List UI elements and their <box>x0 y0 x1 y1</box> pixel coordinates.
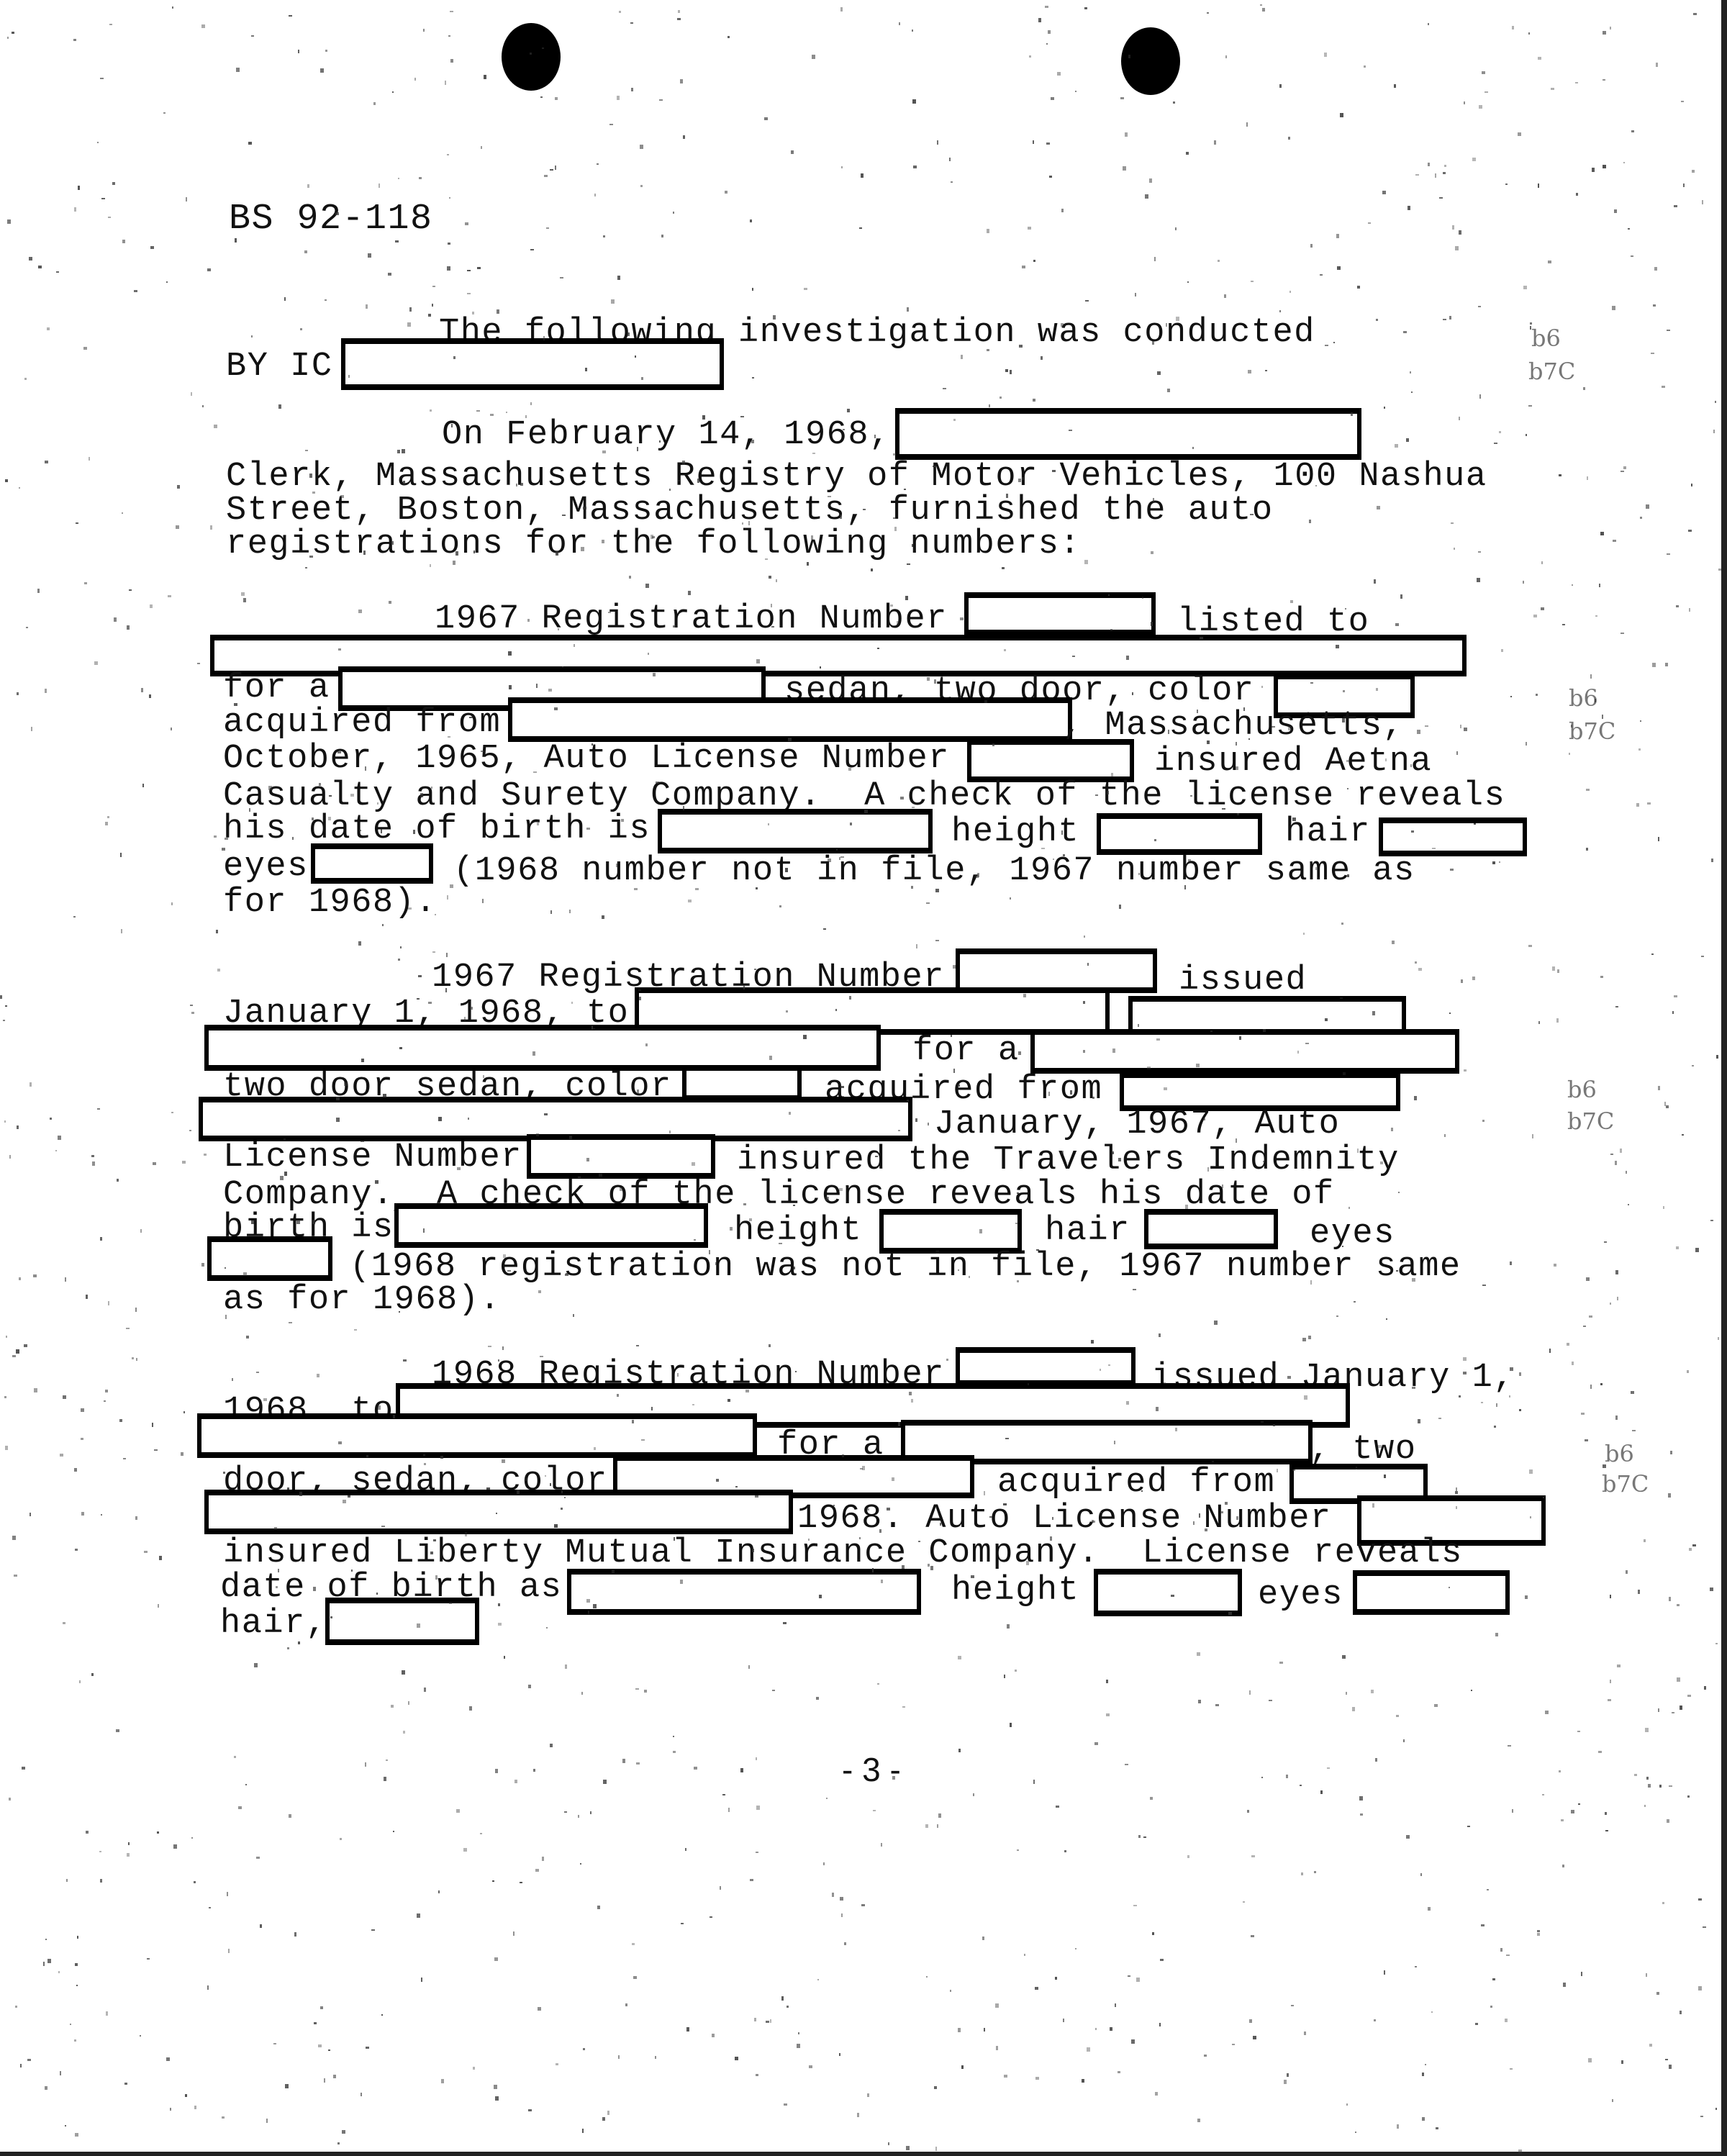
redaction-box <box>895 408 1361 460</box>
exemption-code-b6: b6 <box>1605 1439 1634 1468</box>
p1-line-5a: October, 1965, Auto License Number <box>223 741 950 777</box>
p3-line-4b: acquired from <box>997 1465 1275 1501</box>
exemption-code-b6: b6 <box>1569 684 1598 712</box>
p2-line-1b: issued <box>1179 963 1307 999</box>
redaction-box <box>1144 1209 1278 1249</box>
p1-line-7c: hair <box>1285 815 1371 851</box>
file-number: BS 92-118 <box>229 201 433 237</box>
p2-line-6a: License Number <box>223 1140 522 1176</box>
exemption-code-b7c: b7C <box>1602 1469 1649 1498</box>
redaction-box <box>394 1203 708 1248</box>
scan-edge-right <box>1721 0 1727 2156</box>
p1-line-5b: insured Aetna <box>1154 744 1432 780</box>
p2-line-6b: insured the Travelers Indemnity <box>737 1143 1400 1179</box>
p1-line-7a: his date of birth is <box>223 812 651 848</box>
p1-line-7b: height <box>951 815 1079 851</box>
redaction-box <box>341 338 724 390</box>
paragraph-0-line-2: Clerk, Massachusetts Registry of Motor V… <box>226 459 1487 495</box>
p2-line-9: (1968 registration was not in file, 1967… <box>350 1249 1461 1285</box>
paragraph-0-line-1: On February 14, 1968, <box>442 417 891 453</box>
redaction-box <box>508 697 1072 742</box>
exemption-code-b7c: b7C <box>1569 717 1615 746</box>
redaction-box <box>1353 1570 1510 1615</box>
p2-line-8d: eyes <box>1310 1216 1395 1252</box>
p1-line-8a: eyes <box>223 849 309 885</box>
p3-line-7b: height <box>951 1573 1079 1609</box>
p1-line-9: for 1968). <box>223 885 437 921</box>
scan-edge-bottom <box>0 2152 1727 2156</box>
redaction-box <box>956 948 1157 993</box>
redaction-box <box>1379 817 1527 856</box>
paragraph-0-line-4: registrations for the following numbers: <box>226 527 1081 563</box>
p2-line-3a: for a <box>912 1033 1020 1069</box>
redaction-box <box>658 809 933 853</box>
p2-line-5a: January, 1967, Auto <box>934 1107 1340 1143</box>
redaction-box <box>311 843 433 884</box>
redaction-box <box>204 1490 793 1534</box>
p3-line-3b: , two <box>1310 1432 1417 1468</box>
punch-hole-left <box>502 23 561 91</box>
redaction-box <box>1030 1029 1459 1074</box>
document-page: BS 92-118 The following investigation wa… <box>0 0 1727 2156</box>
redaction-box <box>964 592 1156 635</box>
redaction-box <box>879 1209 1022 1254</box>
redaction-box <box>197 1413 757 1458</box>
redaction-box <box>956 1347 1136 1386</box>
punch-hole-right <box>1121 27 1180 95</box>
p1-line-4a: acquired from <box>223 705 501 741</box>
redaction-box <box>1094 1569 1242 1616</box>
p3-line-8a: hair, <box>220 1606 327 1642</box>
intro-by-label: BY IC <box>226 349 333 385</box>
p2-line-7: Company. A check of the license reveals … <box>223 1177 1335 1213</box>
redaction-box <box>325 1598 479 1645</box>
exemption-code-b7c: b7C <box>1528 357 1575 386</box>
exemption-code-b6: b6 <box>1531 324 1561 353</box>
p3-line-5a: 1968. Auto License Number <box>797 1501 1332 1537</box>
redaction-box <box>204 1025 881 1071</box>
p1-line-8b: (1968 number not in file, 1967 number sa… <box>453 853 1415 889</box>
exemption-code-b6: b6 <box>1567 1075 1597 1104</box>
redaction-box <box>207 1236 332 1281</box>
p2-line-10: as for 1968). <box>223 1282 501 1318</box>
redaction-box <box>527 1134 715 1179</box>
p3-line-6: insured Liberty Mutual Insurance Company… <box>223 1536 1463 1572</box>
redaction-box <box>567 1569 921 1615</box>
exemption-code-b7c: b7C <box>1567 1107 1614 1136</box>
p3-line-7c: eyes <box>1258 1577 1343 1613</box>
p1-line-3a: for a <box>223 671 330 707</box>
page-number: - 3 - <box>842 1750 901 1789</box>
p1-line-1a: 1967 Registration Number <box>435 602 948 638</box>
redaction-box <box>1097 813 1262 855</box>
p2-line-8b: height <box>734 1213 862 1249</box>
p2-line-8c: hair <box>1045 1213 1130 1249</box>
redaction-box <box>682 1065 802 1101</box>
